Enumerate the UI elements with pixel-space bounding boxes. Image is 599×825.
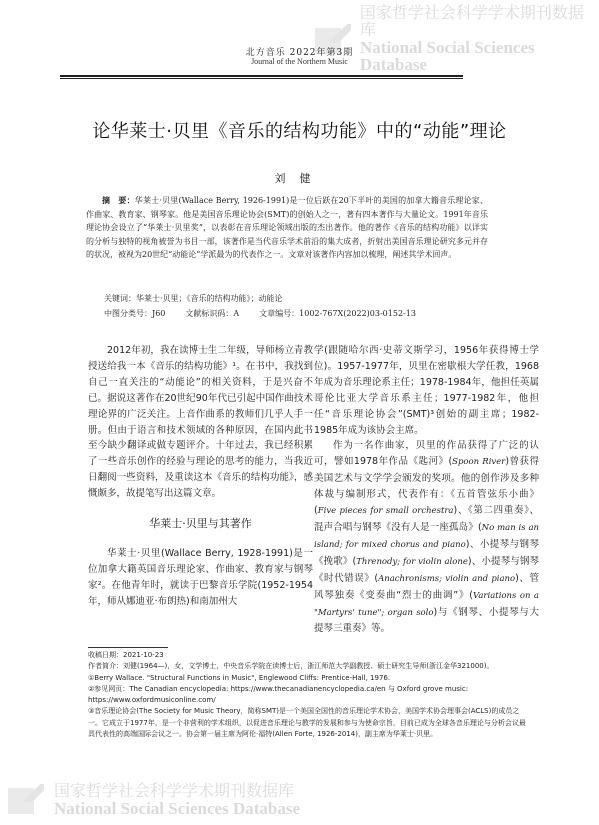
doc-code-value: A [233,309,239,318]
article-no-label: 文章编号： [259,309,299,318]
watermark-bottom: 国家哲学社会科学学术期刊数据库 National Social Sciences… [8,783,300,818]
footnote-rule [88,647,168,648]
keywords-value: 华莱士·贝里；《音乐的结构功能》；动能论 [136,294,283,303]
article-no-value: 1002-767X(2022)03-0152-13 [299,309,416,318]
abstract: 摘 要：华莱士·贝里(Wallace Berry, 1926-1991)是一位后… [86,194,488,262]
received-date: 收稿日期：2021-10-23 [88,650,530,661]
work-title-en: Five pieces for small orchestra [318,506,454,516]
abstract-label: 摘 要： [102,195,135,205]
body-column-left: 2012年初，我在读博士生二年级，导师杨立青教授送给我一本《音乐的结构功能》¹。… [88,343,313,610]
doc-code-label: 文献标识码： [185,309,233,318]
database-logo-icon [8,784,46,816]
author-bio: 作者简介：刘健(1964—)，女，文学博士，中央音乐学院在读博士后，浙江师范大学… [88,661,530,672]
bio-paragraph-continued: 学(跟随哈尔西·史蒂文斯学习，1956年获得博士学位)。1957-1977年，贝… [314,343,539,438]
footnote-2: ②参见网页：The Canadian encyclopedia: https:/… [88,684,530,707]
header-rule [60,75,463,79]
article-title: 论华莱士·贝里《音乐的结构功能》中的“动能”理论 [0,117,599,143]
article-author: 刘健 [0,170,599,186]
journal-name-en: Journal of the Northern Music [0,57,599,66]
watermark-en: National Social Sciences Database [54,800,300,818]
footnote-1: ①Berry Wallace. "Structural Functions in… [88,673,530,684]
work-title-en: Anachronisms; violin and piano [378,574,515,584]
abstract-text: 华莱士·贝里(Wallace Berry, 1926-1991)是一位后跃在20… [86,196,488,259]
watermark-cn: 国家哲学社会科学学术期刊数据库 [54,783,300,800]
keywords: 关键词：华莱士·贝里；《音乐的结构功能》；动能论 [104,293,283,304]
works-paragraph: 作为一名作曲家，贝里的作品获得了广泛的认可，譬如1978年作品《匙河》(Spoo… [314,438,539,637]
classification-line: 中图分类号：J60 文献标识码：A 文章编号：1002-767X(2022)03… [104,308,416,319]
footnotes: 收稿日期：2021-10-23 作者简介：刘健(1964—)，女，文学博士，中央… [88,650,530,740]
watermark-cn: 国家哲学社会科学学术期刊数据库 [360,5,599,39]
section-heading: 华莱士·贝里与其著作 [88,516,313,532]
footnote-3: ③音乐理论协会(The Society for Music Theory，简称S… [88,706,530,740]
clc-value: J60 [152,309,165,318]
work-title-en: Threnody; for violin alone [356,557,468,567]
work-title-en: Spoon River [452,457,505,467]
keywords-label: 关键词： [104,294,136,303]
clc-label: 中图分类号： [104,309,152,318]
bio-paragraph-start: 华莱士·贝里(Wallace Berry, 1928-1991)是一位加拿大籍英… [88,546,313,610]
body-column-right: 学(跟随哈尔西·史蒂文斯学习，1956年获得博士学位)。1957-1977年，贝… [314,343,539,637]
intro-paragraph: 2012年初，我在读博士生二年级，导师杨立青教授送给我一本《音乐的结构功能》¹。… [88,343,313,502]
